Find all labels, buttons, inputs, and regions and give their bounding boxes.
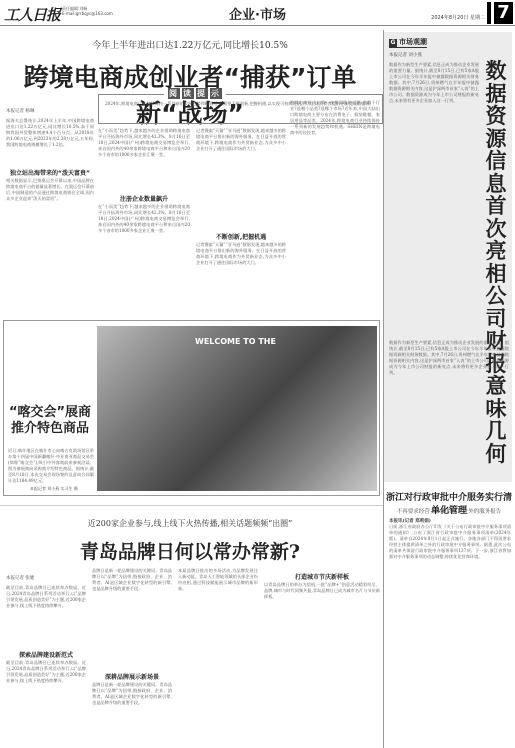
lead-subhead-2: 注册企业数量飙升 (98, 194, 190, 203)
second-kicker: 近200家企业参与,线上线下火热传播,相关话题频频“出圈” (0, 518, 380, 529)
lead-body-col3: 记者搜索“天猫”“亚马逊”数据发现,越来越多的跨境电商平台推出新的海外服务。在日… (196, 128, 286, 228)
second-byline: 本报记者 张婕 (6, 575, 34, 581)
second-intro: 截至目前,青岛品牌日已连续举办数届。近日,2024青岛品牌日系列活动举行,以“品… (6, 585, 86, 645)
second-subhead-3: 打造城市节庆新样板 (264, 572, 380, 581)
issue-date: 2024年8月20日 星期二 (431, 14, 485, 21)
photo-credit: 本报记者 刘小燕 实习生 摄 (30, 486, 78, 492)
second-subhead-1: 探索品牌建设新范式 (6, 650, 86, 659)
lead-subhead-1: 独立站出海带来的“泼天富贵” (6, 168, 94, 177)
page-number: 7 (491, 2, 513, 24)
lead-body-col3b: 记者搜索“天猫”“亚马逊”数据发现,越来越多的跨境电商平台推出新的海外服务。在日… (196, 242, 286, 314)
sidebar-body-cont: 数据作为新型生产要素,信息正成为推动企业发展的重要力量。据统计,截至8月15日,… (389, 340, 509, 480)
photo-caption: 近日,喀什地区在喀什市心向喀古克敦场馆区举办第十四届中国新疆喀什·中亚南亚商品交… (8, 448, 94, 484)
masthead: 工人日报 责任编辑:刘畅 E-mail:grrbqyc@163.com 企业·市… (0, 0, 515, 26)
second-body-col2: 品牌日是新一轮品牌建设的关键词。青岛品牌日以“品牌”为纽带,链接政府、企业、消费… (92, 568, 172, 668)
sidebar-body: 数据作为新型生产要素,信息正成为推动企业发展的重要力量。据统计,截至8月15日,… (389, 62, 479, 332)
sidebar-byline: 本报记者 刘小燕 (389, 52, 422, 58)
lead-intro: 据海关总署统计,2024年上半年,中国跨境电商进出口达1.22万亿元,同比增长1… (6, 118, 94, 160)
exhibition-photo (97, 326, 377, 491)
photo-sign-text: WELCOME TO THE (195, 337, 276, 346)
lead-body-col2: 在“小而美”趋势下,越来越多的企业借助跨境电商平台开拓海外市场,同比增长42.3… (98, 128, 190, 188)
second-headline: 青岛品牌日何以常办常新? (0, 537, 380, 564)
second-body-col4: 以青岛品牌日的举办为契机,一批“品牌+”创意活动精彩纷呈。品牌,城市与时代同频共… (264, 582, 380, 746)
photo-feature-title: “喀交会”展商推介特色商品 (6, 405, 94, 437)
second-subhead-2: 深耕品牌展示新场景 (92, 672, 172, 681)
sidebar-label: G市场观潮 (389, 37, 427, 48)
lead-kicker: 今年上半年进出口达1.22万亿元,同比增长10.5% (0, 38, 380, 51)
second-body-col3: 本届品牌日推出的多场活动,为品牌发展注入新动能。青岛人工智能领域的头部企业纷纷亮… (178, 568, 258, 746)
lead-body-col2b: 在“小而美”趋势下,越来越多的企业借助跨境电商平台开拓海外市场,同比增长42.3… (98, 204, 190, 314)
second-body-col1: 截至目前,青岛品牌日已连续举办数届。近日,2024青岛品牌日系列活动举行,以“品… (6, 660, 86, 746)
right-kicker: 不再要求经营主体提供清单之外的服务报告 (384, 507, 514, 515)
lead-body-col4: 跨境电商进出口第一步要面临的问题:选哪个行业?选哪个品类?选哪个市场?近年来,中… (290, 100, 380, 314)
lead-body-col1: 相关数据显示,巴黎奥运会开幕以来,中国品牌在跨境电商平台的销量显著增长。在奥运会… (6, 178, 94, 313)
reading-tip-label: 阅读提示 (164, 88, 226, 99)
second-body-col2b: 品牌日是新一轮品牌建设的关键词。青岛品牌日以“品牌”为纽带,链接政府、企业、消费… (92, 682, 172, 746)
lead-subhead-3: 不断创新,把握机遇 (196, 232, 286, 241)
story-divider (0, 505, 383, 506)
lead-byline: 本报记者 杨琳 (6, 108, 34, 114)
column-icon: G (389, 39, 397, 47)
right-body: 日前,浙江省政府办公厅印发《关于公布行政审批中介服务事项清单的通知》,公布了浙江… (389, 524, 511, 746)
column-divider (383, 30, 384, 748)
